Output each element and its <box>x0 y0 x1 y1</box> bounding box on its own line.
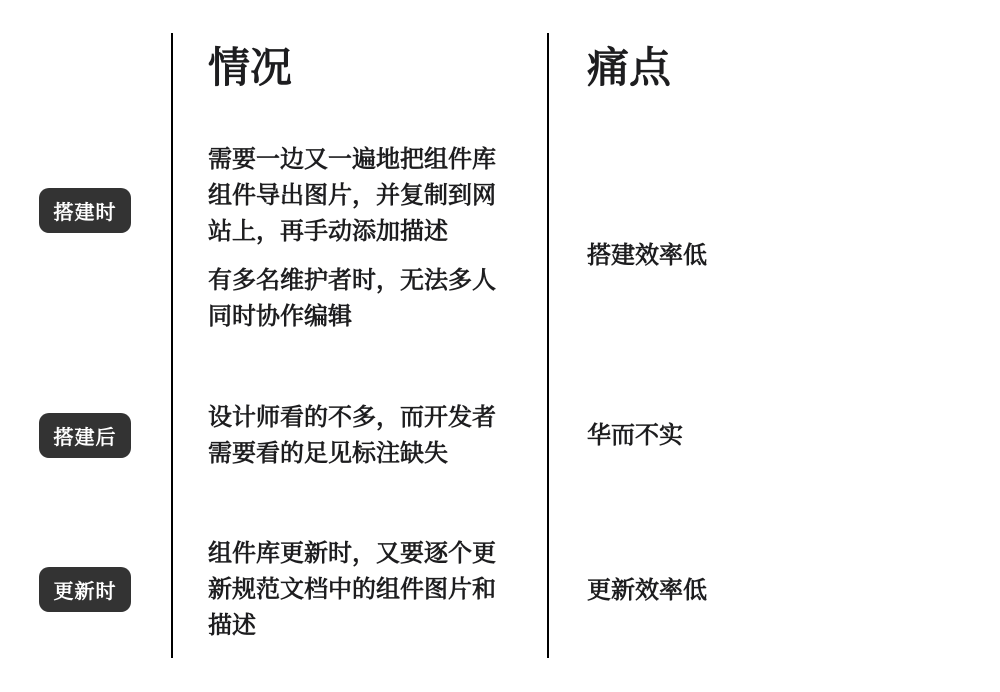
pain-point-update-efficiency: 更新效率低 <box>587 573 707 609</box>
pain-point-build-efficiency: 搭建效率低 <box>587 238 707 274</box>
situation-text-line: 有多名维护者时，无法多人 <box>208 263 528 299</box>
situation-text-line: 新规范文档中的组件图片和 <box>208 572 528 608</box>
situation-text-line: 需要看的足见标注缺失 <box>208 436 528 472</box>
stage-pain-comparison-table: 情况 痛点 搭建时 需要一边又一遍地把组件库 组件导出图片，并复制到网 站上，再… <box>0 0 1000 692</box>
pain-point-flashy-impractical: 华而不实 <box>587 418 683 454</box>
situation-text-line: 描述 <box>208 608 528 644</box>
stage-badge-build-time: 搭建时 <box>39 188 131 233</box>
stage-badge-label: 搭建后 <box>54 421 117 450</box>
column-divider-left <box>171 33 173 658</box>
situation-text-line: 需要一边又一遍地把组件库 <box>208 142 528 178</box>
situation-text-line: 设计师看的不多，而开发者 <box>208 400 528 436</box>
situation-paragraph: 需要一边又一遍地把组件库 组件导出图片，并复制到网 站上，再手动添加描述 <box>208 142 528 250</box>
situation-text-line: 同时协作编辑 <box>208 299 528 335</box>
situation-column-header: 情况 <box>208 44 292 92</box>
stage-badge-after-build: 搭建后 <box>39 413 131 458</box>
situation-text-line: 组件导出图片，并复制到网 <box>208 178 528 214</box>
stage-badge-label: 更新时 <box>54 575 117 604</box>
stage-badge-update-time: 更新时 <box>39 567 131 612</box>
situation-paragraph: 组件库更新时，又要逐个更 新规范文档中的组件图片和 描述 <box>208 536 528 644</box>
situation-text-line: 站上，再手动添加描述 <box>208 214 528 250</box>
stage-badge-label: 搭建时 <box>54 196 117 225</box>
pain-column-header: 痛点 <box>587 44 671 92</box>
column-divider-right <box>547 33 549 658</box>
situation-paragraph: 设计师看的不多，而开发者 需要看的足见标注缺失 <box>208 400 528 472</box>
situation-paragraph: 有多名维护者时，无法多人 同时协作编辑 <box>208 263 528 335</box>
situation-text-line: 组件库更新时，又要逐个更 <box>208 536 528 572</box>
